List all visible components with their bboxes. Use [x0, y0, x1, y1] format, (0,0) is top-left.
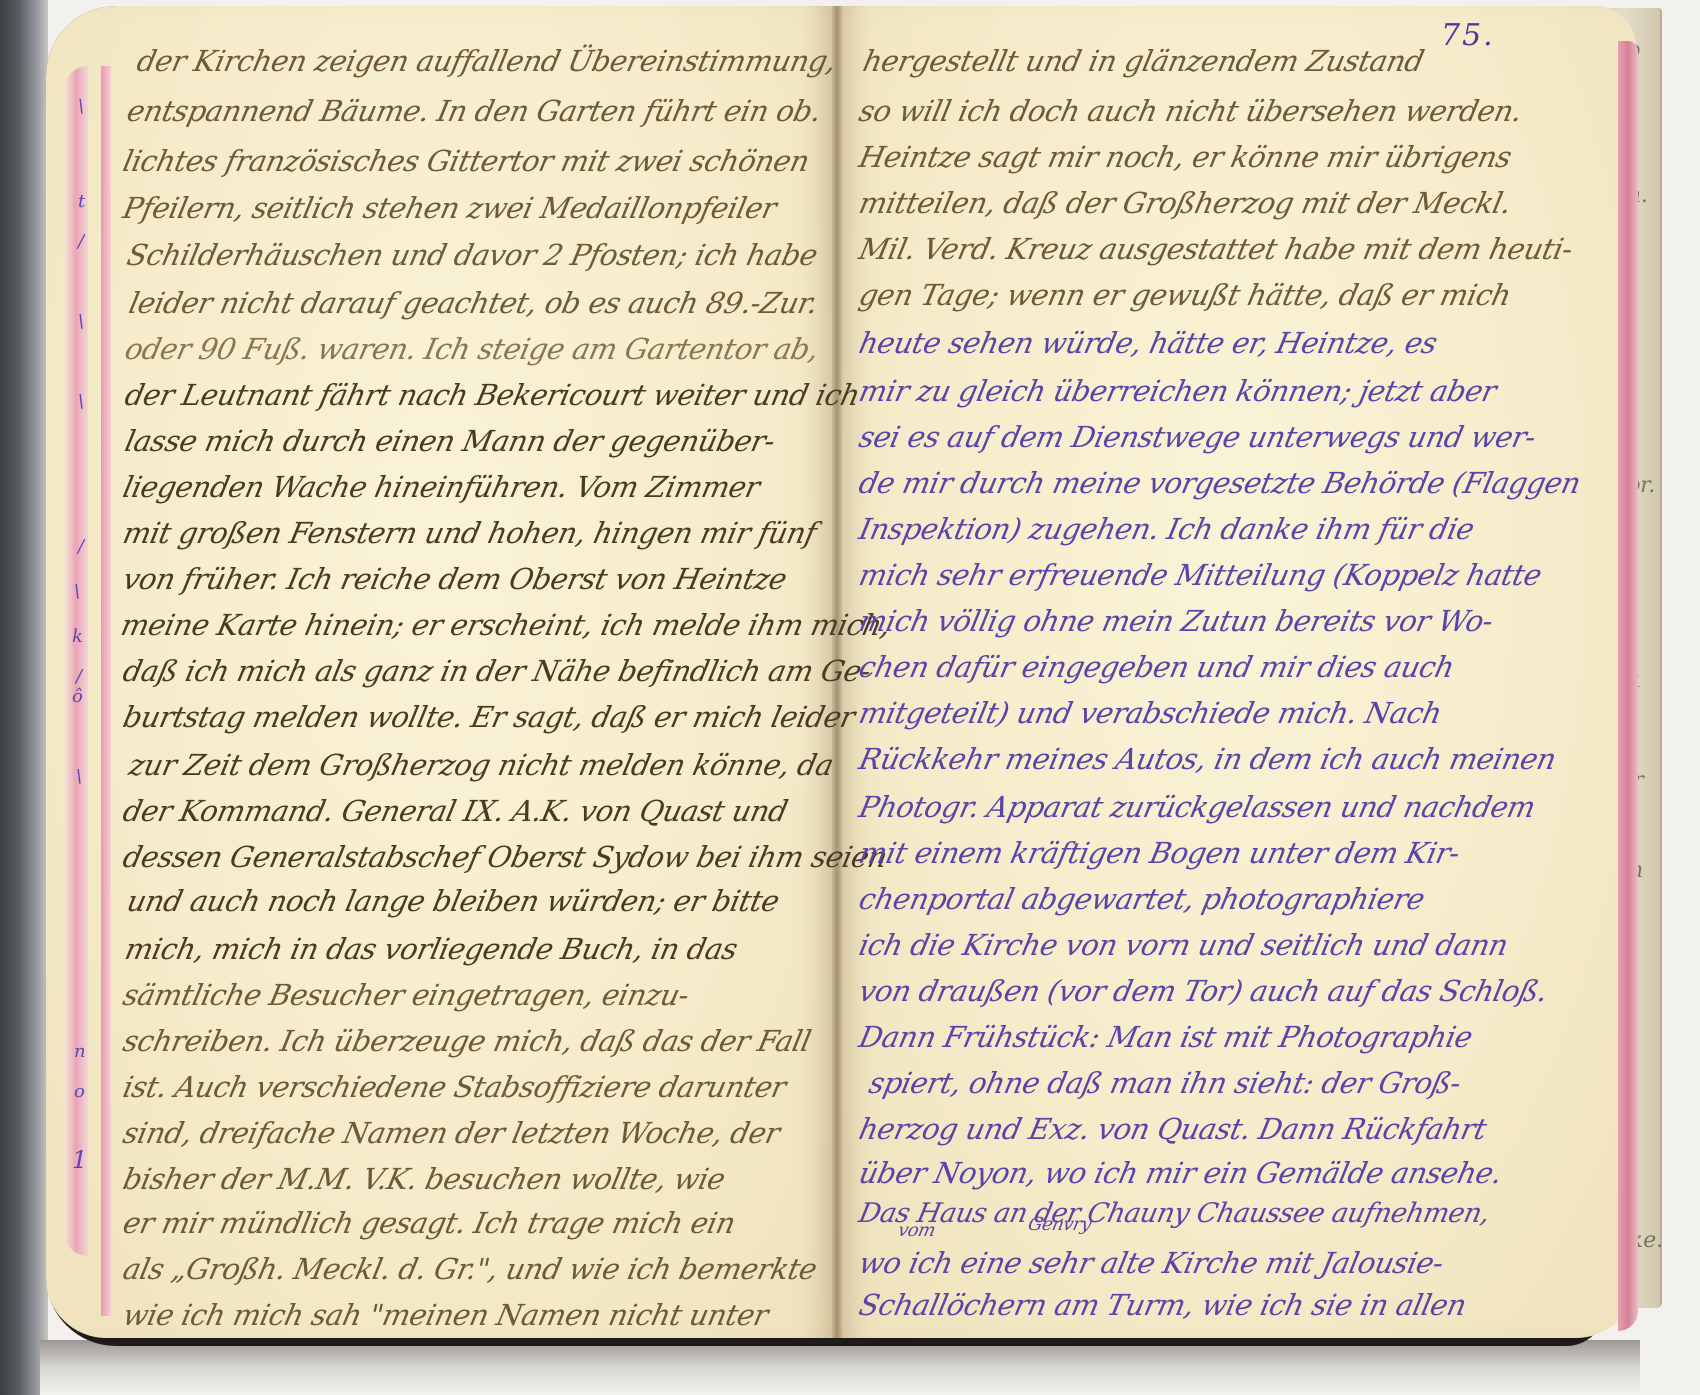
margin-mark: t	[78, 191, 85, 212]
text-line: Heintze sagt mir noch, er könne mir übri…	[856, 140, 1514, 174]
text-line: Dann Frühstück: Man ist mit Photographie	[856, 1020, 1475, 1054]
text-line: sei es auf dem Dienstwege unterwegs und …	[856, 420, 1539, 454]
text-line: Inspektion) zugehen. Ich danke ihm für d…	[856, 512, 1477, 546]
text-line: gen Tage; wenn er gewußt hätte, daß er m…	[856, 278, 1514, 312]
text-line: mir zu gleich überreichen können; jetzt …	[856, 374, 1499, 408]
text-line: sämtliche Besucher eingetragen, einzu-	[120, 978, 692, 1012]
text-line: zur Zeit dem Großherzog nicht melden kön…	[126, 748, 836, 782]
margin-mark: n	[74, 1041, 86, 1062]
margin-mark: 1	[72, 1146, 87, 1174]
page-number: 75.	[1441, 18, 1495, 53]
text-line: der Kommand. General IX. A.K. von Quast …	[120, 794, 791, 828]
text-line: chen dafür eingegeben und mir dies auch	[856, 650, 1457, 684]
text-line: über Noyon, wo ich mir ein Gemälde anseh…	[856, 1156, 1505, 1190]
text-line: hergestellt und in glänzendem Zustand	[860, 44, 1427, 78]
text-line: spiert, ohne daß man ihn sieht: der Groß…	[866, 1066, 1464, 1100]
text-line: dessen Generalstabschef Oberst Sydow bei…	[120, 840, 890, 874]
drop-shadow	[40, 1340, 1640, 1395]
text-line: und auch noch lange bleiben würden; er b…	[124, 884, 782, 918]
margin-mark: /	[76, 666, 82, 687]
text-line: daß ich mich als ganz in der Nähe befind…	[120, 654, 874, 688]
text-line: von draußen (vor dem Tor) auch auf das S…	[856, 974, 1551, 1008]
text-line: so will ich doch auch nicht übersehen we…	[856, 94, 1525, 128]
text-line: Das Haus an der Chauny Chaussee aufnehme…	[856, 1198, 1492, 1229]
text-line: wie ich mich sah "meinen Namen nicht unt…	[120, 1298, 771, 1332]
text-line: meine Karte hinein; er erscheint, ich me…	[118, 608, 893, 642]
text-line: mit einem kräftigen Bogen unter dem Kir-	[856, 836, 1463, 870]
text-line: mich völlig ohne mein Zutun bereits vor …	[856, 604, 1496, 638]
text-line: chenportal abgewartet, photographiere	[856, 882, 1428, 916]
interlinear-insert: Genvry	[1026, 1214, 1093, 1235]
text-line: Mil. Verd. Kreuz ausgestattet habe mit d…	[856, 232, 1576, 266]
text-line: Photogr. Apparat zurückgelassen und nach…	[856, 790, 1538, 824]
text-line: mich, mich in das vorliegende Buch, in d…	[122, 932, 740, 966]
text-line: lichtes französisches Gittertor mit zwei…	[120, 144, 812, 178]
margin-mark: /	[78, 231, 84, 252]
text-line: oder 90 Fuß. waren. Ich steige am Garten…	[122, 332, 822, 366]
text-line: der Kirchen zeigen auffallend Übereinsti…	[134, 44, 839, 78]
text-line: ist. Auch verschiedene Stabsoffiziere da…	[120, 1070, 789, 1104]
margin-mark: \	[78, 311, 84, 332]
left-page-edge	[64, 66, 88, 1256]
text-line: herzog und Exz. von Quast. Dann Rückfahr…	[856, 1112, 1489, 1146]
text-line: sind, dreifache Namen der letzten Woche,…	[120, 1116, 783, 1150]
text-line: mit großen Fenstern und hohen, hingen mi…	[120, 516, 819, 550]
margin-mark: \	[78, 96, 84, 117]
margin-mark: ô	[72, 686, 83, 707]
text-line: von früher. Ich reiche dem Oberst von He…	[120, 562, 790, 596]
interlinear-prefix: vom	[896, 1220, 937, 1241]
text-line: schreiben. Ich überzeuge mich, daß das d…	[120, 1024, 814, 1058]
margin-mark: k	[72, 626, 83, 647]
notebook-binding	[0, 0, 48, 1395]
text-line: entspannend Bäume. In den Garten führt e…	[124, 94, 824, 128]
text-line: lasse mich durch einen Mann der gegenübe…	[122, 424, 778, 458]
text-line: Schallöchern am Turm, wie ich sie in all…	[856, 1288, 1469, 1322]
text-line: mich sehr erfreuende Mitteilung (Koppelz…	[856, 558, 1544, 592]
text-line: wo ich eine sehr alte Kirche mit Jalousi…	[856, 1246, 1446, 1280]
text-line: leider nicht darauf geachtet, ob es auch…	[126, 286, 821, 320]
left-page-edge-inner	[101, 66, 111, 1316]
text-line: mitteilen, daß der Großherzog mit der Me…	[856, 186, 1514, 220]
text-line: bisher der M.M. V.K. besuchen wollte, wi…	[120, 1162, 728, 1196]
text-line: der Leutnant fährt nach Bekericourt weit…	[122, 378, 863, 412]
margin-mark: /	[78, 536, 84, 557]
text-line: er mir mündlich gesagt. Ich trage mich e…	[120, 1206, 738, 1240]
right-page-edge	[1618, 41, 1638, 1331]
text-line: de mir durch meine vorgesetzte Behörde (…	[856, 466, 1584, 500]
text-line: Pfeilern, seitlich stehen zwei Medaillon…	[120, 191, 779, 225]
notebook: \ t / \ \ / \ k / ô \ n o 1 der Kirchen …	[46, 6, 1606, 1346]
margin-mark: \	[74, 581, 80, 602]
text-line: als „Großh. Meckl. d. Gr.", und wie ich …	[120, 1252, 820, 1286]
text-line: Rückkehr meines Autos, in dem ich auch m…	[856, 742, 1559, 776]
text-line: mitgeteilt) und verabschiede mich. Nach	[856, 696, 1445, 730]
margin-mark: o	[74, 1081, 85, 1102]
text-line: burtstag melden wollte. Er sagt, daß er …	[120, 700, 858, 734]
text-line: Schilderhäuschen und davor 2 Pfosten; ic…	[124, 238, 820, 272]
text-line: heute sehen würde, hätte er, Heintze, es	[856, 326, 1440, 360]
text-line: ich die Kirche von vorn und seitlich und…	[856, 928, 1511, 962]
text-line: liegenden Wache hineinführen. Vom Zimmer	[120, 470, 763, 504]
margin-mark: \	[76, 766, 82, 787]
margin-mark: \	[78, 391, 84, 412]
